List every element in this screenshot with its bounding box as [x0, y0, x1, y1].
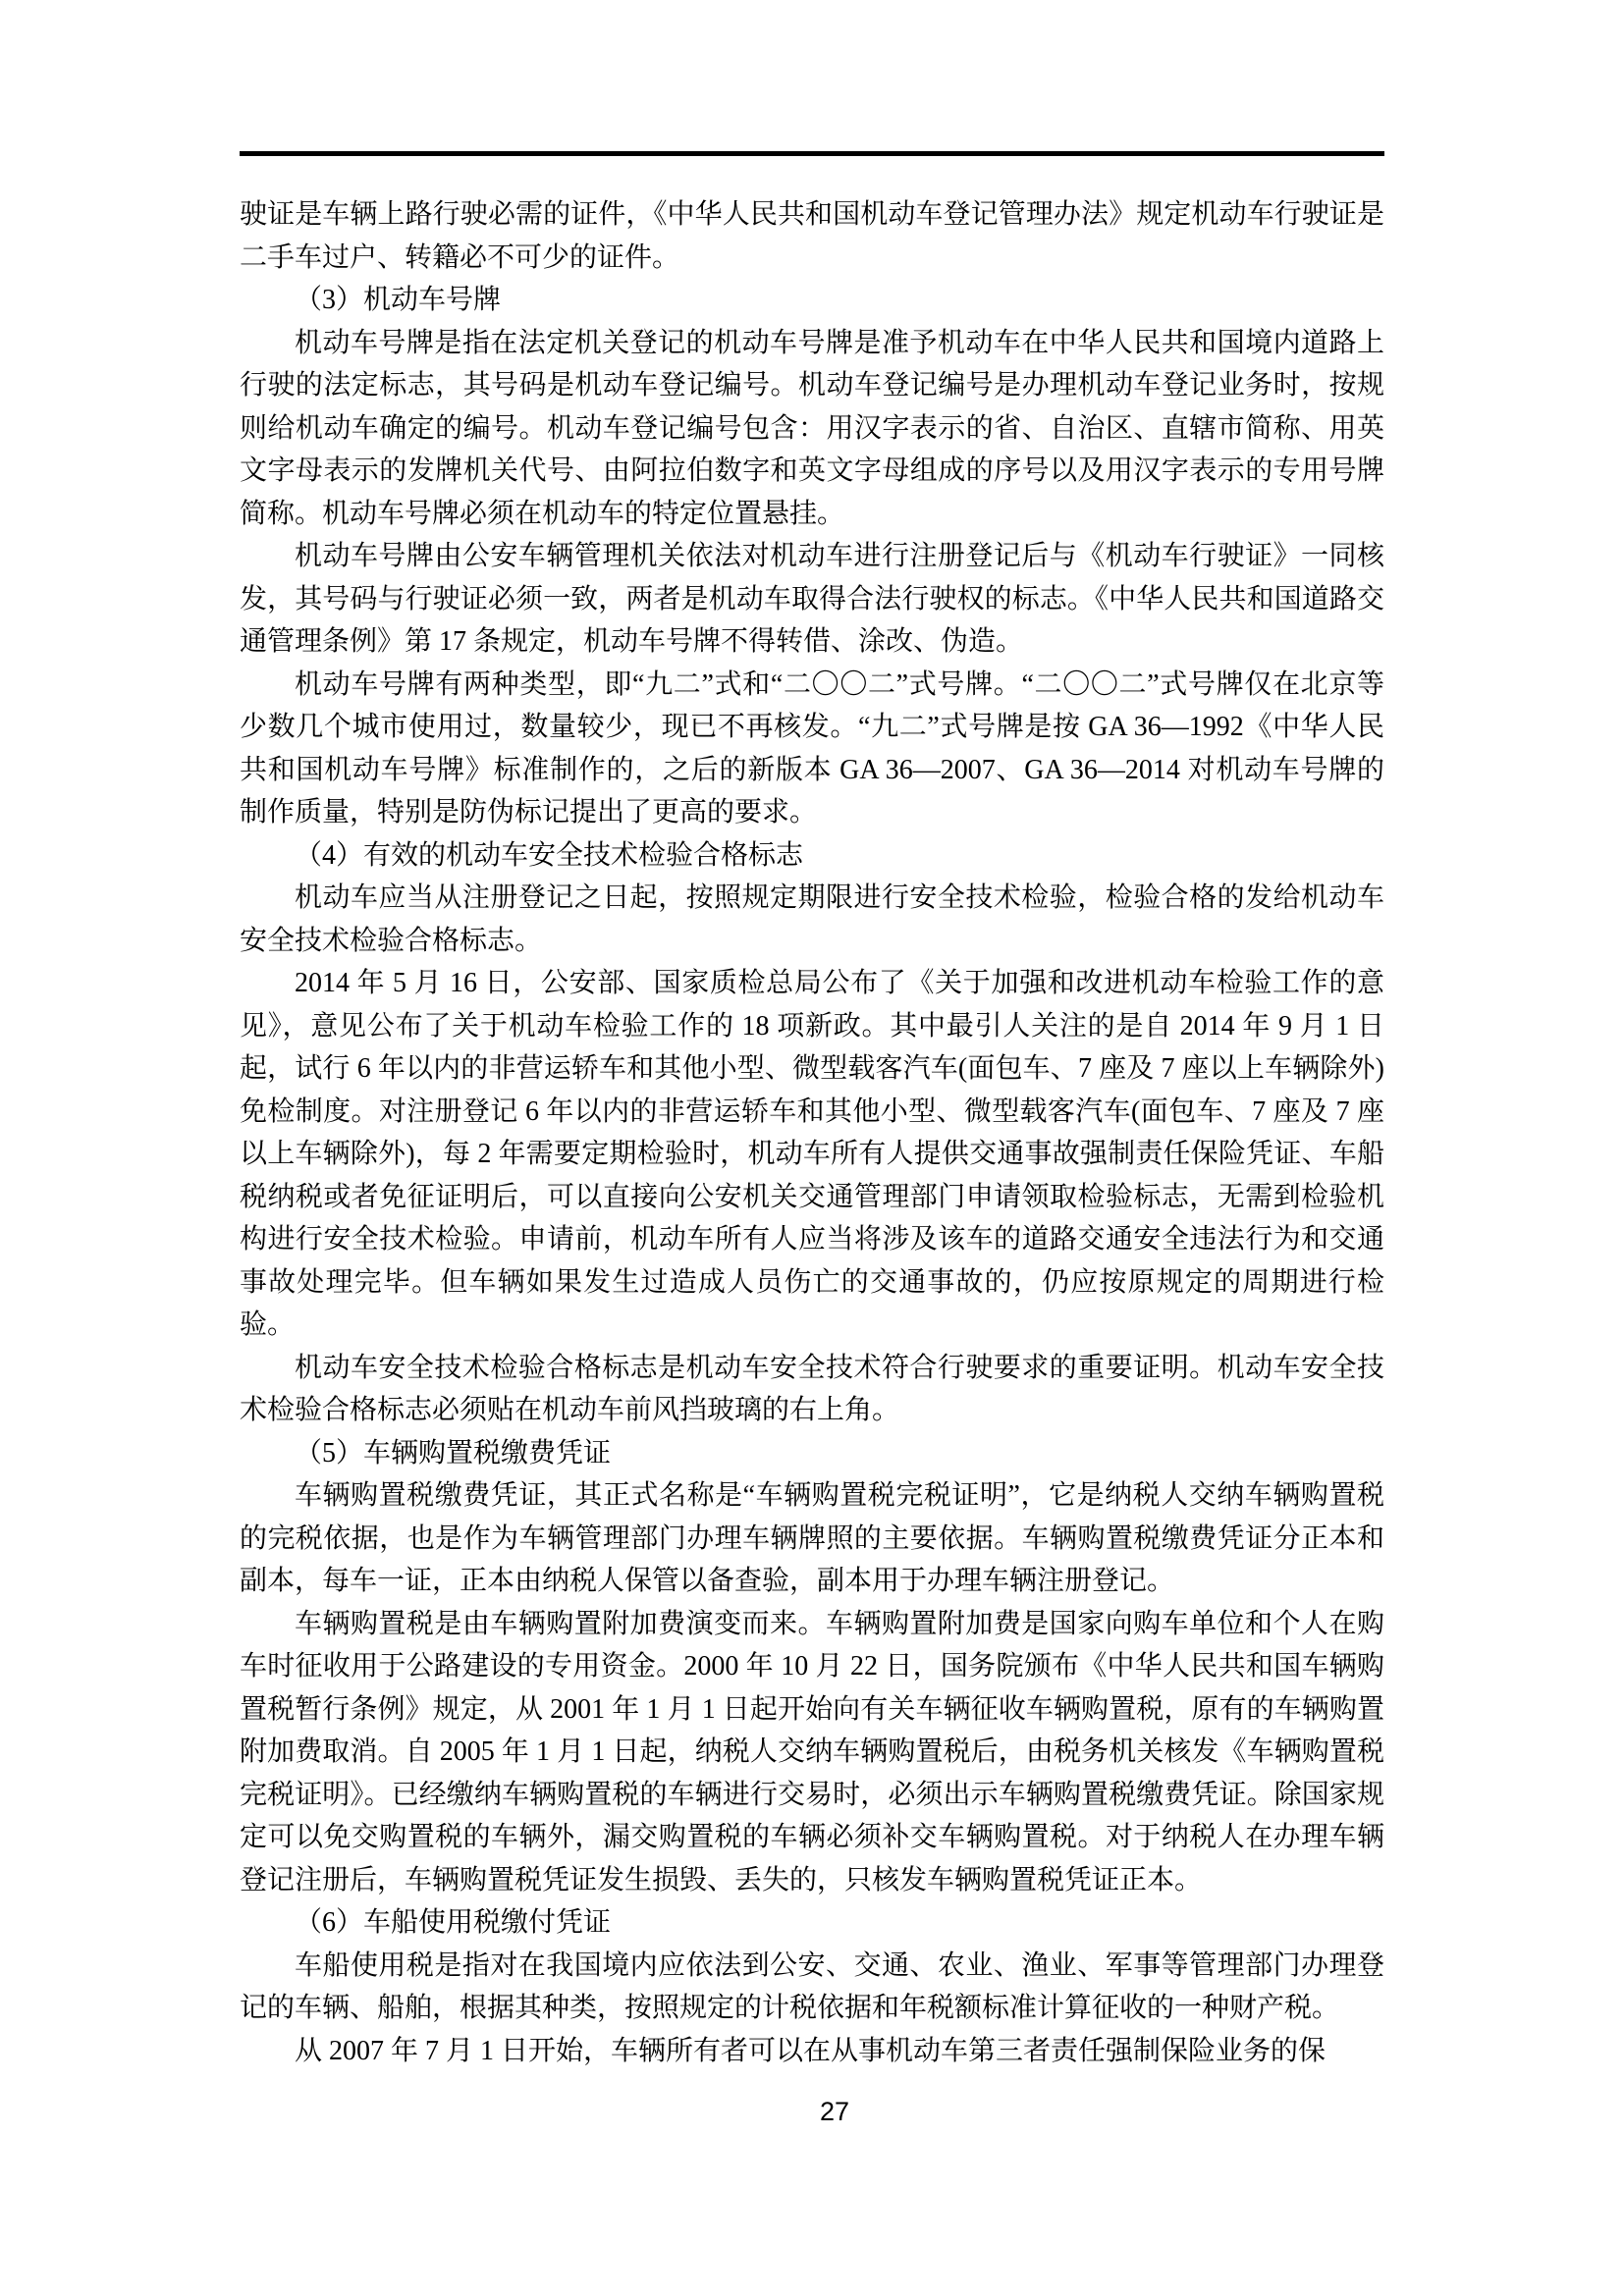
paragraph: 车辆购置税是由车辆购置附加费演变而来。车辆购置附加费是国家向购车单位和个人在购车…	[240, 1603, 1384, 1902]
paragraph: 机动车号牌是指在法定机关登记的机动车号牌是准予机动车在中华人民共和国境内道路上行…	[240, 322, 1384, 536]
paragraph: 机动车安全技术检验合格标志是机动车安全技术符合行驶要求的重要证明。机动车安全技术…	[240, 1347, 1384, 1432]
section-heading-4: （4）有效的机动车安全技术检验合格标志	[240, 834, 1384, 878]
paragraph: 机动车号牌由公安车辆管理机关依法对机动车进行注册登记后与《机动车行驶证》一同核发…	[240, 535, 1384, 664]
section-heading-6: （6）车船使用税缴付凭证	[240, 1901, 1384, 1945]
page-body: 驶证是车辆上路行驶必需的证件，《中华人民共和国机动车登记管理办法》规定机动车行驶…	[240, 193, 1384, 2072]
document-page: 驶证是车辆上路行驶必需的证件，《中华人民共和国机动车登记管理办法》规定机动车行驶…	[0, 0, 1624, 2296]
paragraph: 机动车应当从注册登记之日起，按照规定期限进行安全技术检验，检验合格的发给机动车安…	[240, 877, 1384, 962]
paragraph: 车船使用税是指对在我国境内应依法到公安、交通、农业、渔业、军事等管理部门办理登记…	[240, 1945, 1384, 2030]
section-heading-3: （3）机动车号牌	[240, 279, 1384, 322]
paragraph: 车辆购置税缴费凭证，其正式名称是“车辆购置税完税证明”，它是纳税人交纳车辆购置税…	[240, 1474, 1384, 1603]
page-number: 27	[0, 2097, 1624, 2127]
paragraph: 机动车号牌有两种类型，即“九二”式和“二〇〇二”式号牌。“二〇〇二”式号牌仅在北…	[240, 664, 1384, 834]
paragraph-continuation: 驶证是车辆上路行驶必需的证件，《中华人民共和国机动车登记管理办法》规定机动车行驶…	[240, 193, 1384, 279]
paragraph: 从 2007 年 7 月 1 日开始，车辆所有者可以在从事机动车第三者责任强制保…	[240, 2030, 1384, 2073]
header-rule	[240, 151, 1384, 156]
paragraph: 2014 年 5 月 16 日，公安部、国家质检总局公布了《关于加强和改进机动车…	[240, 962, 1384, 1347]
section-heading-5: （5）车辆购置税缴费凭证	[240, 1432, 1384, 1475]
